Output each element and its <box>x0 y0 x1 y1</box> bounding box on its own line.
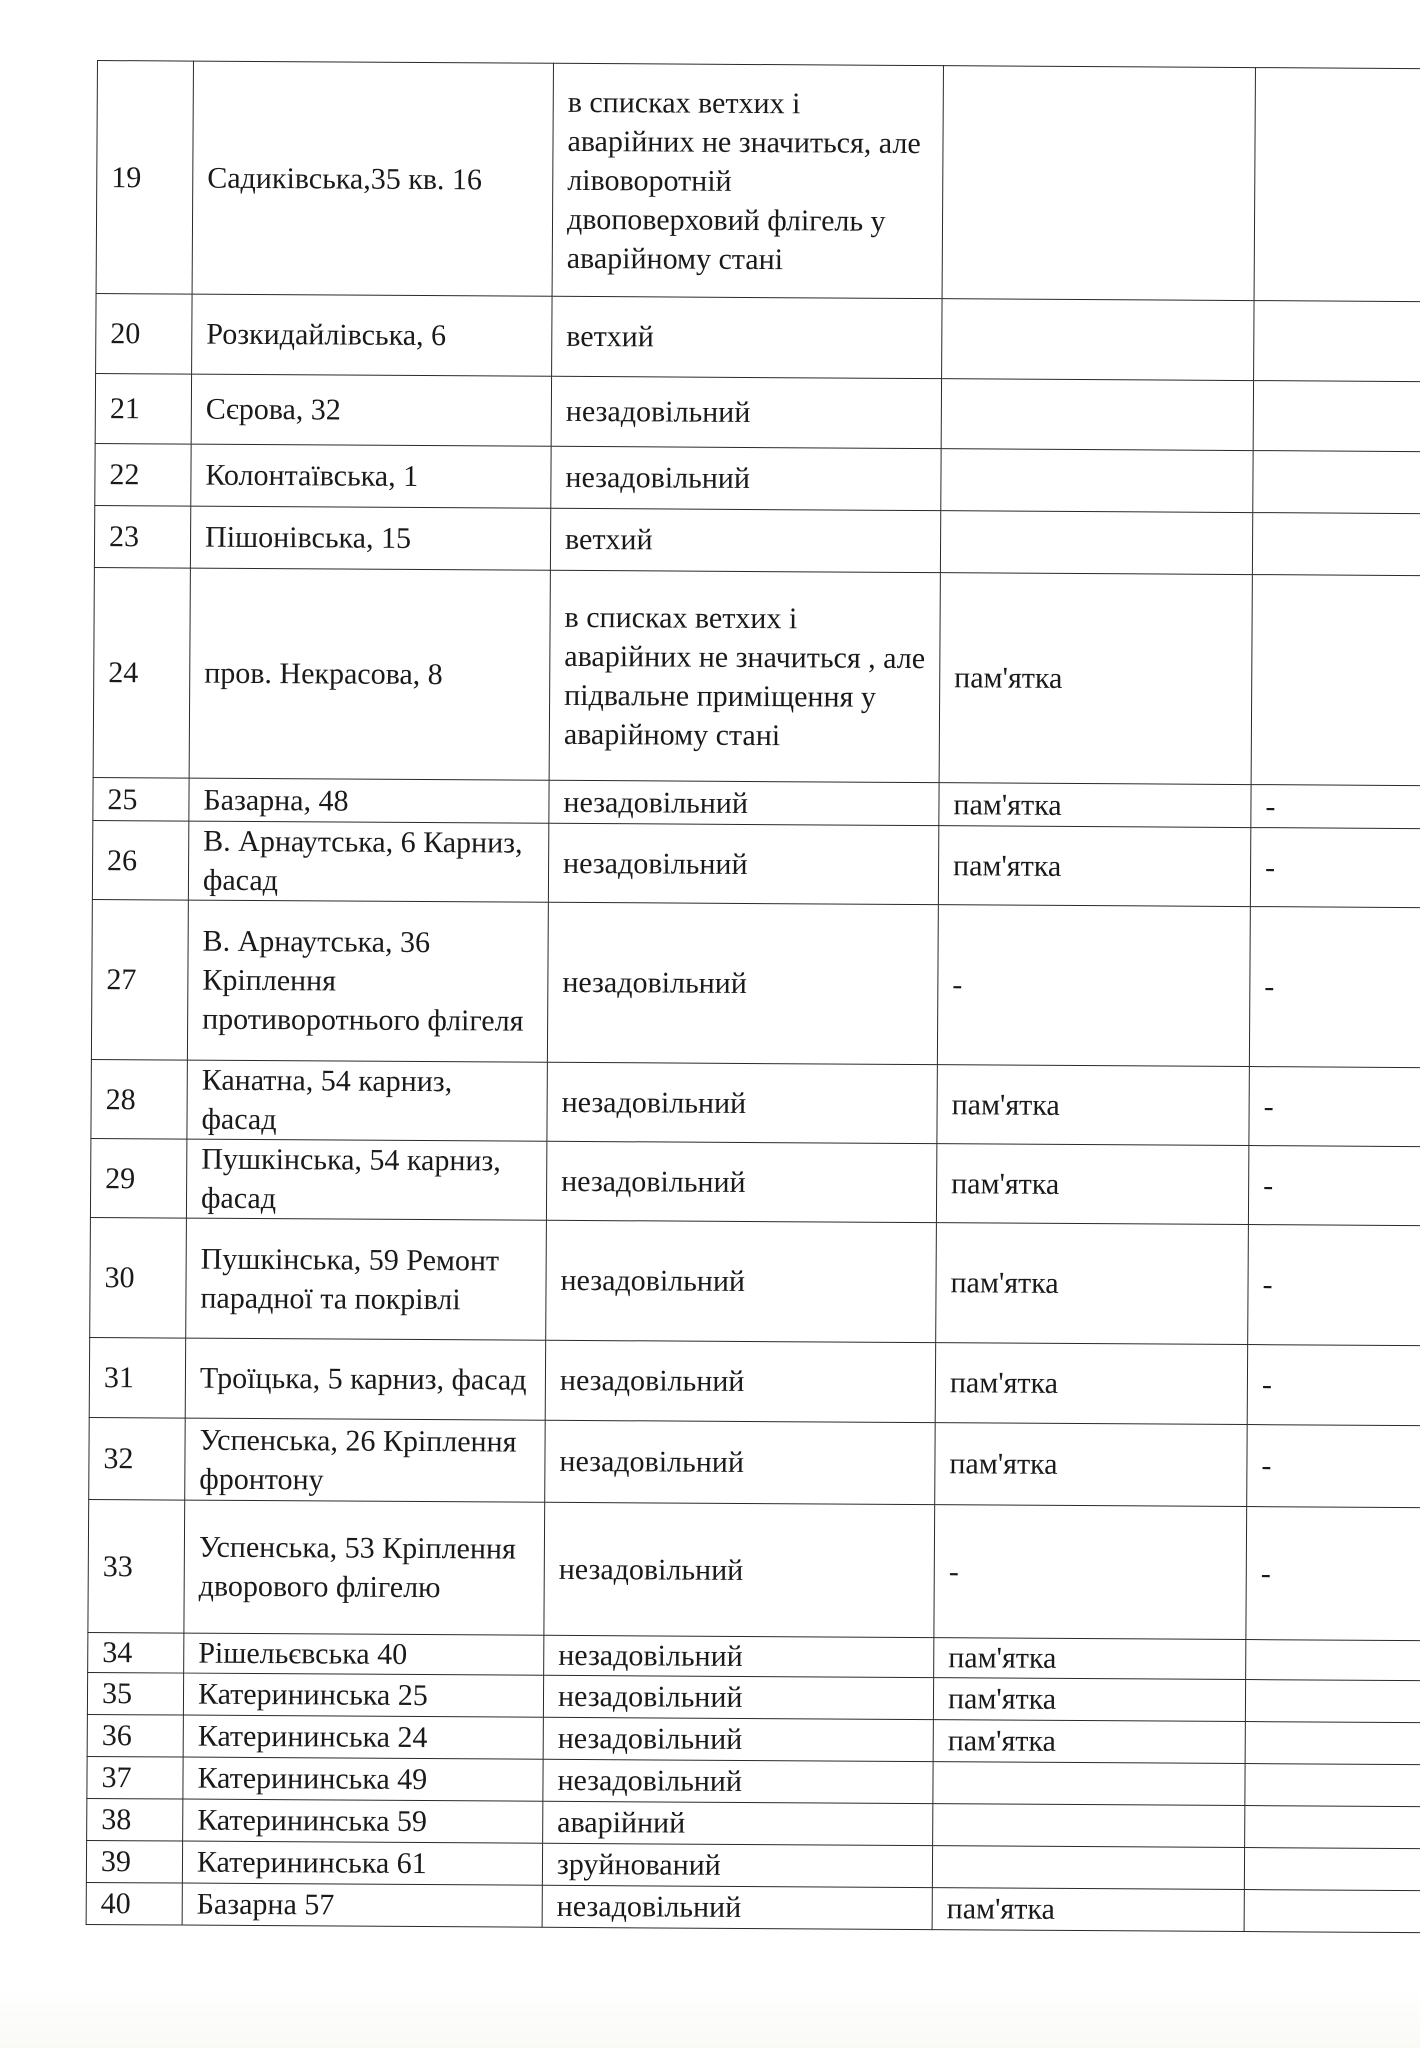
address-cell: Розкидайлівська, 6 <box>192 294 552 376</box>
status-cell: пам'ятка <box>932 1888 1244 1932</box>
condition-cell: зруйнований <box>542 1843 932 1887</box>
address-cell: Пішонівська, 15 <box>190 506 550 570</box>
status-cell <box>940 511 1252 575</box>
note-cell <box>1244 1890 1420 1933</box>
table-row: 31Троїцька, 5 карниз, фасаднезадовільний… <box>89 1337 1420 1426</box>
note-cell: - <box>1249 907 1420 1068</box>
table-row: 32Успенська, 26 Кріплення фронтонунезадо… <box>89 1417 1420 1508</box>
status-cell: пам'ятка <box>935 1423 1247 1507</box>
row-number: 22 <box>95 443 191 506</box>
note-cell: - <box>1246 1507 1420 1641</box>
row-number: 19 <box>96 61 193 295</box>
table-row: 30Пушкінська, 59 Ремонт парадної та покр… <box>90 1217 1420 1346</box>
address-cell: Успенська, 26 Кріплення фронтону <box>185 1418 545 1502</box>
condition-cell: незадовільний <box>543 1717 933 1761</box>
address-cell: Катерининська 61 <box>182 1841 542 1885</box>
status-cell <box>942 299 1254 381</box>
status-cell: пам'ятка <box>937 1065 1249 1146</box>
condition-cell: незадовільний <box>547 902 938 1064</box>
note-cell <box>1254 68 1420 302</box>
address-cell: В. Арнаутська, 36 Кріплення противоротнь… <box>187 900 548 1062</box>
condition-cell: аварійний <box>543 1801 933 1845</box>
address-cell: Садиківська,35 кв. 16 <box>192 61 553 296</box>
address-cell: Катерининська 59 <box>183 1799 543 1843</box>
status-cell: - <box>934 1505 1247 1640</box>
address-cell: Пушкінська, 59 Ремонт парадної та покрів… <box>186 1218 547 1340</box>
condition-cell: незадовільний <box>543 1759 933 1803</box>
note-cell <box>1245 1806 1420 1849</box>
address-cell: Колонтаївська, 1 <box>191 444 551 508</box>
note-cell: - <box>1248 1146 1420 1226</box>
condition-cell: незадовільний <box>546 1141 936 1222</box>
status-cell <box>941 449 1253 513</box>
note-cell <box>1253 381 1420 452</box>
note-cell <box>1252 513 1420 576</box>
status-cell: - <box>937 905 1250 1067</box>
row-number: 25 <box>93 777 189 821</box>
row-number: 21 <box>95 373 191 444</box>
address-cell: Канатна, 54 карниз, фасад <box>187 1060 547 1141</box>
row-number: 39 <box>86 1840 182 1883</box>
note-cell <box>1245 1722 1420 1765</box>
address-cell: пров. Некрасова, 8 <box>189 568 550 780</box>
row-number: 29 <box>90 1138 186 1218</box>
status-cell: пам'ятка <box>938 826 1250 907</box>
status-cell <box>933 1762 1245 1806</box>
condition-cell: незадовільний <box>549 780 939 825</box>
buildings-table: 19Садиківська,35 кв. 16в списках ветхих … <box>86 60 1420 1934</box>
row-number: 24 <box>93 567 190 778</box>
status-cell: пам'ятка <box>939 573 1252 785</box>
table-row: 26В. Арнаутська, 6 Карниз, фасаднезадові… <box>92 820 1420 908</box>
status-cell <box>933 1804 1245 1848</box>
table-row: 27В. Арнаутська, 36 Кріплення противорот… <box>91 899 1420 1068</box>
status-cell: пам'ятка <box>939 783 1251 828</box>
row-number: 23 <box>94 505 190 568</box>
note-cell <box>1245 1764 1420 1807</box>
table-row: 22Колонтаївська, 1незадовільний <box>95 443 1420 514</box>
note-cell <box>1244 1848 1420 1891</box>
row-number: 26 <box>92 820 188 900</box>
note-cell <box>1253 451 1420 514</box>
condition-cell: незадовільний <box>545 1340 935 1422</box>
row-number: 30 <box>90 1217 187 1338</box>
row-number: 32 <box>89 1417 185 1500</box>
table-body: 19Садиківська,35 кв. 16в списках ветхих … <box>86 61 1420 1934</box>
status-cell: пам'ятка <box>936 1223 1249 1345</box>
condition-cell: незадовільний <box>545 1420 935 1504</box>
note-cell: - <box>1250 828 1420 908</box>
address-cell: Катерининська 24 <box>183 1715 543 1759</box>
address-cell: В. Арнаутська, 6 Карниз, фасад <box>188 821 548 902</box>
row-number: 28 <box>91 1059 187 1139</box>
address-cell: Успенська, 53 Кріплення дворового флігел… <box>184 1500 545 1635</box>
address-cell: Катерининська 25 <box>183 1673 543 1717</box>
condition-cell: незадовільний <box>551 376 941 448</box>
row-number: 38 <box>87 1798 183 1841</box>
table-row: 23Пішонівська, 15ветхий <box>94 505 1420 576</box>
condition-cell: незадовільний <box>543 1675 933 1719</box>
page-shadow <box>0 1988 1420 2048</box>
status-cell: пам'ятка <box>936 1144 1248 1225</box>
status-cell: пам'ятка <box>935 1343 1247 1425</box>
table-row: 21Сєрова, 32незадовільний <box>95 373 1420 452</box>
condition-cell: незадовільний <box>546 1220 937 1342</box>
condition-cell: в списках ветхих і аварійних не значитьс… <box>552 63 943 298</box>
row-number: 36 <box>87 1714 183 1757</box>
document-page: 19Садиківська,35 кв. 16в списках ветхих … <box>0 0 1420 2048</box>
status-cell: пам'ятка <box>933 1678 1245 1722</box>
table-row: 40Базарна 57незадовільнийпам'ятка <box>86 1882 1420 1933</box>
table-row: 33Успенська, 53 Кріплення дворового фліг… <box>88 1499 1420 1641</box>
address-cell: Троїцька, 5 карниз, фасад <box>185 1338 545 1420</box>
note-cell <box>1254 301 1420 382</box>
condition-cell: ветхий <box>550 508 940 572</box>
condition-cell: незадовільний <box>548 823 938 904</box>
table-row: 29Пушкінська, 54 карниз, фасаднезадовіль… <box>90 1138 1420 1226</box>
row-number: 40 <box>86 1882 182 1925</box>
table-row: 24пров. Некрасова, 8в списках ветхих і а… <box>93 567 1420 786</box>
note-cell: - <box>1247 1345 1420 1426</box>
note-cell <box>1245 1680 1420 1723</box>
row-number: 37 <box>87 1756 183 1799</box>
row-number: 35 <box>87 1672 183 1715</box>
status-cell: пам'ятка <box>933 1720 1245 1764</box>
condition-cell: в списках ветхих і аварійних не значитьс… <box>549 570 940 782</box>
row-number: 34 <box>88 1632 184 1673</box>
row-number: 20 <box>96 293 192 374</box>
row-number: 27 <box>91 899 188 1060</box>
condition-cell: незадовільний <box>544 1635 934 1677</box>
status-cell <box>932 1846 1244 1890</box>
condition-cell: незадовільний <box>551 446 941 510</box>
address-cell: Рішельєвська 40 <box>184 1633 544 1675</box>
note-cell: - <box>1249 1067 1420 1147</box>
note-cell: - <box>1251 785 1420 829</box>
row-number: 31 <box>89 1337 185 1418</box>
condition-cell: незадовільний <box>542 1885 932 1929</box>
status-cell: пам'ятка <box>934 1638 1246 1680</box>
table-row: 20Розкидайлівська, 6ветхий <box>96 293 1420 382</box>
condition-cell: незадовільний <box>544 1502 935 1637</box>
status-cell <box>941 379 1253 451</box>
note-cell: - <box>1248 1225 1420 1346</box>
note-cell: - <box>1247 1425 1420 1508</box>
table-row: 28Канатна, 54 карниз, фасаднезадовільний… <box>91 1059 1420 1147</box>
address-cell: Пушкінська, 54 карниз, фасад <box>186 1139 546 1220</box>
address-cell: Базарна 57 <box>182 1883 542 1927</box>
condition-cell: ветхий <box>552 296 942 378</box>
address-cell: Базарна, 48 <box>189 778 549 823</box>
note-cell <box>1251 575 1420 786</box>
address-cell: Катерининська 49 <box>183 1757 543 1801</box>
condition-cell: незадовільний <box>547 1062 937 1143</box>
table-row: 19Садиківська,35 кв. 16в списках ветхих … <box>96 61 1420 303</box>
status-cell <box>942 66 1255 301</box>
address-cell: Сєрова, 32 <box>191 374 551 446</box>
row-number: 33 <box>88 1499 185 1633</box>
note-cell <box>1246 1640 1420 1681</box>
